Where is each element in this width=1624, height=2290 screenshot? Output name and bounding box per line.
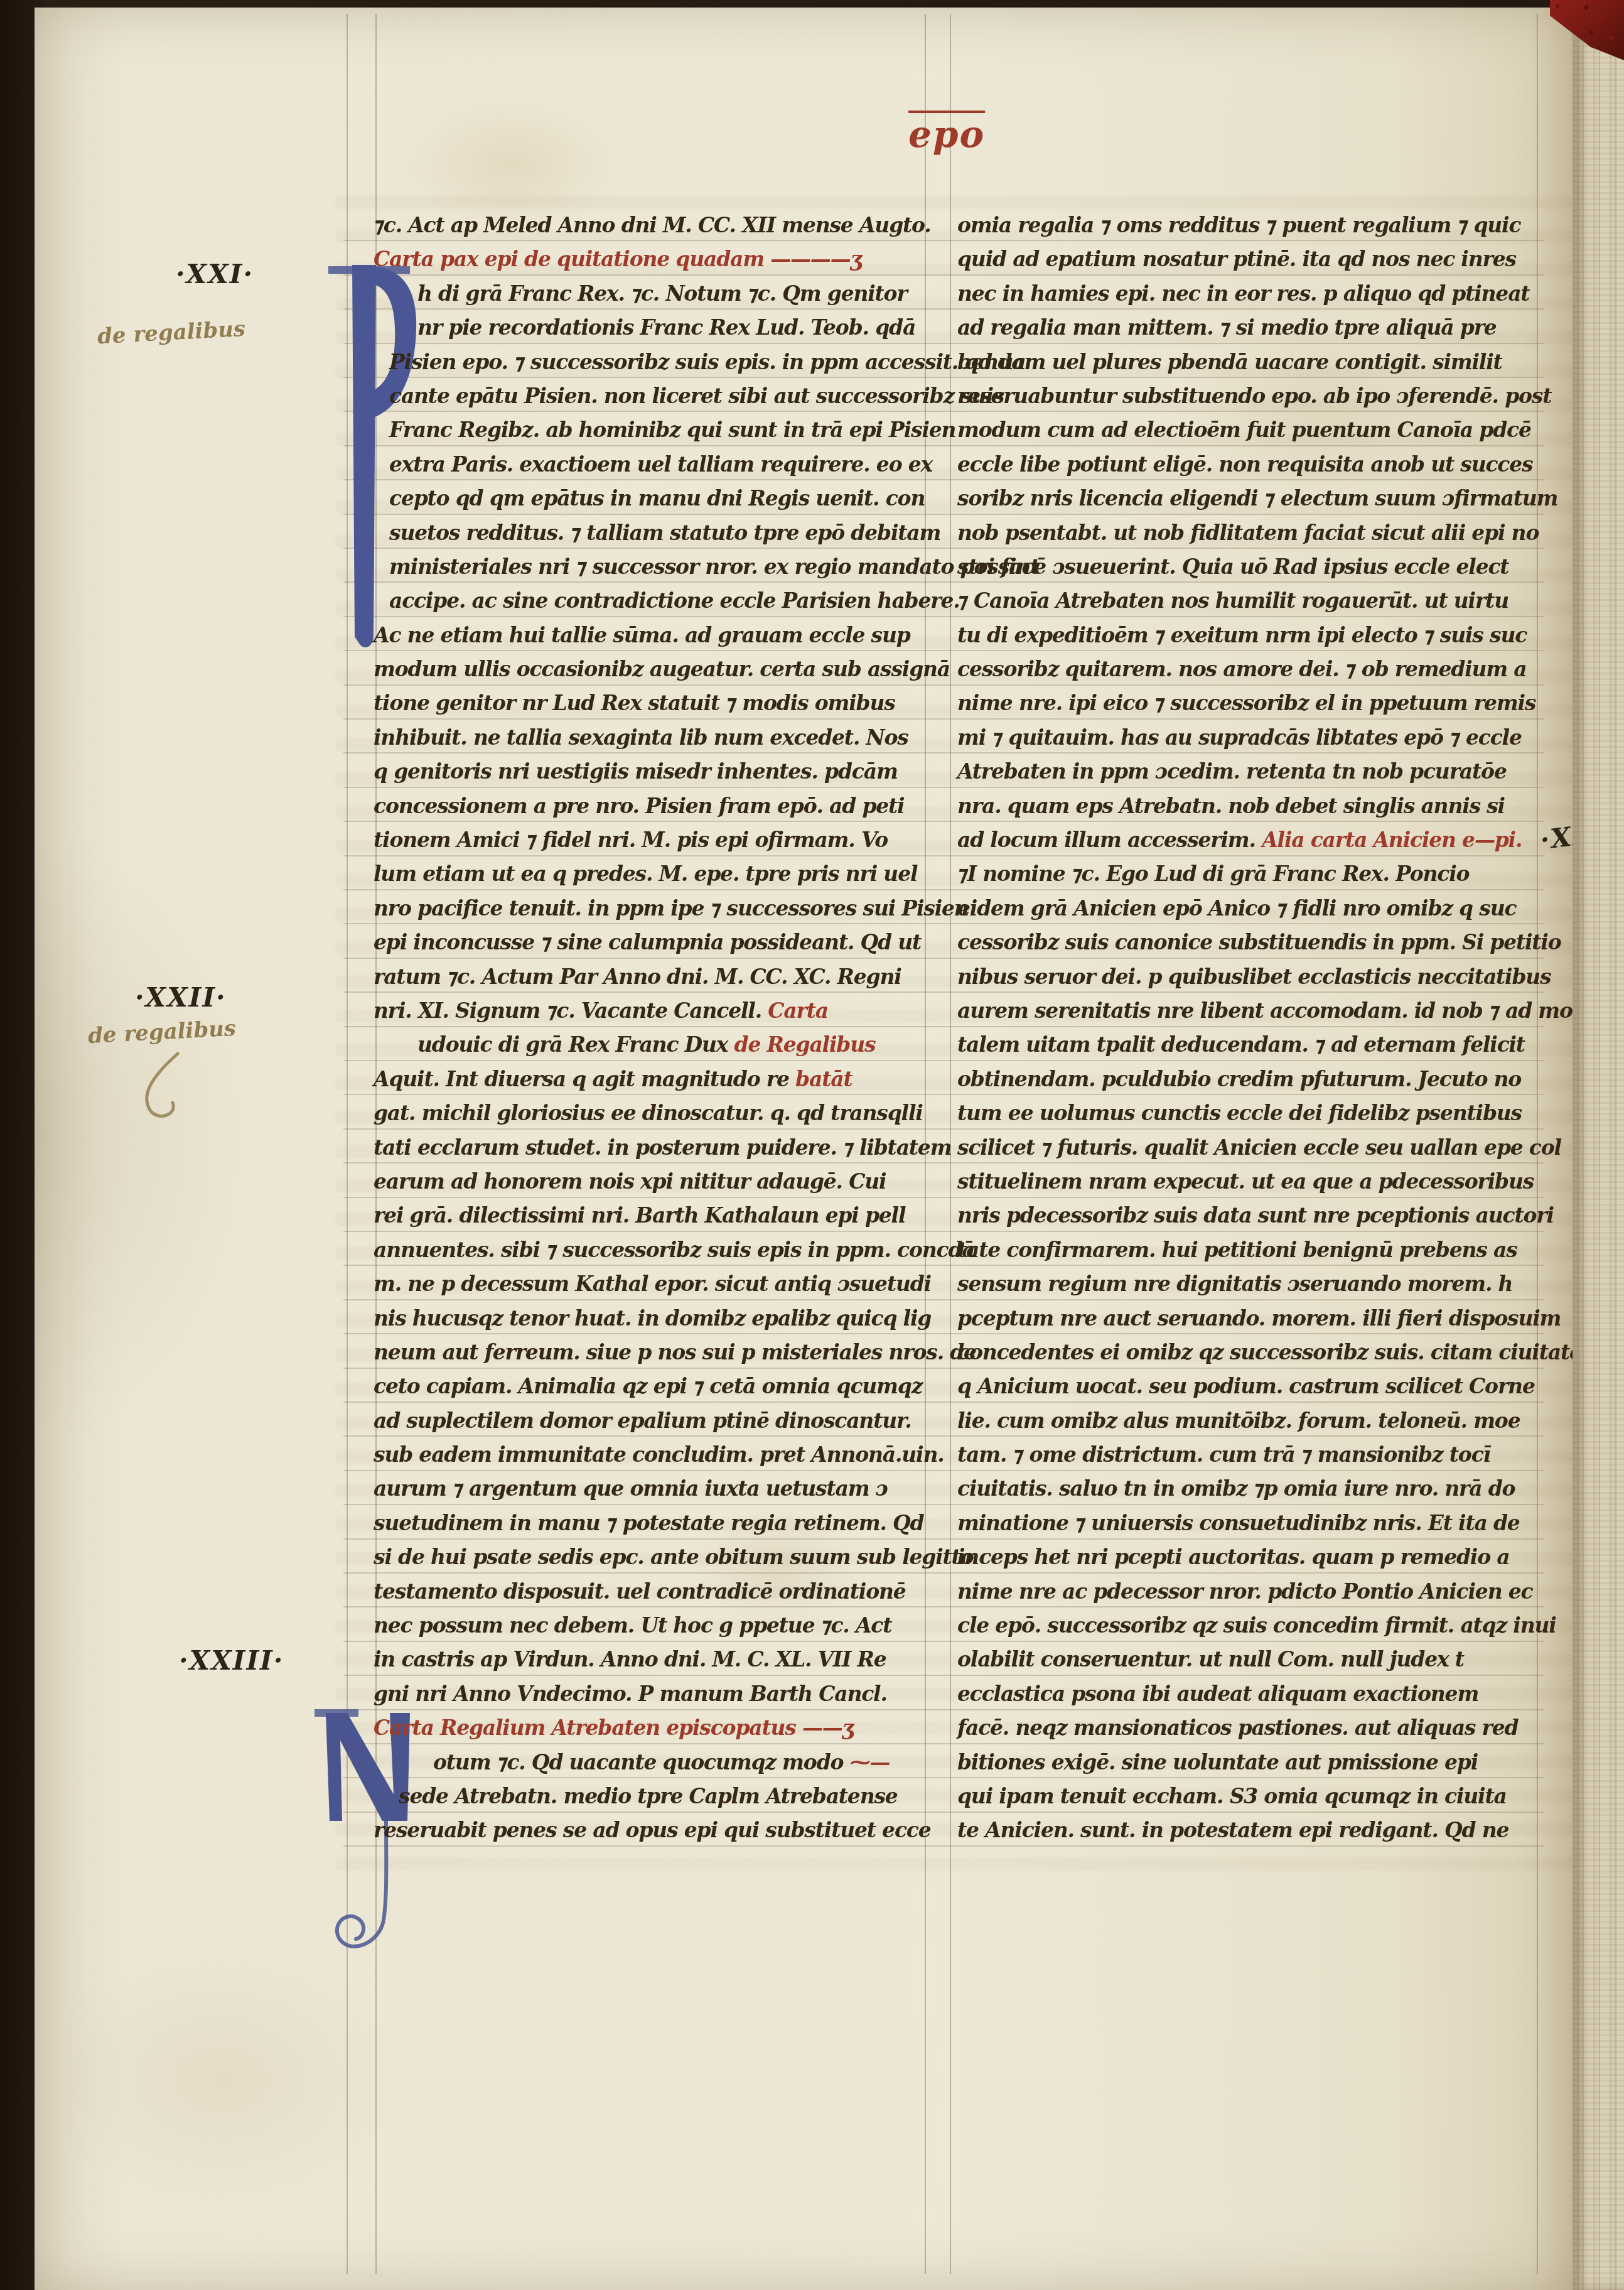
- text-line: gat. michil gloriosius ee dinoscatur. q.…: [374, 1096, 948, 1130]
- margin-number-xxi: ·XXI·: [176, 259, 254, 289]
- rubric-text: Alia carta Anicien e—pi.: [1262, 828, 1522, 852]
- text-line: sede Atrebatn. medio tpre Caplm Atrebate…: [374, 1780, 948, 1813]
- rubric-text: ⁓—: [850, 1750, 890, 1774]
- text-line: ad suplectilem domor epalium ptinē dinos…: [374, 1404, 948, 1438]
- rubric-text: Carta Regalium Atrebaten episcopatus ——ʒ: [374, 1715, 853, 1740]
- text-line: tum ee uolumus cunctis eccle dei fidelib…: [957, 1096, 1544, 1130]
- text-line: ecclastica psona ibi audeat aliquam exac…: [957, 1677, 1544, 1711]
- text-line: accipe. ac sine contradictione eccle Par…: [374, 584, 948, 618]
- text-line: testamento disposuit. uel contradicē ord…: [374, 1575, 948, 1609]
- text-line: lie. cum omibz alus munitōibz. forum. te…: [957, 1404, 1544, 1438]
- text-line: nime nre. ipi eico ⁊ successoribz el in …: [957, 686, 1544, 720]
- text-line: aurem serenitatis nre libent accomodam. …: [957, 994, 1544, 1028]
- text-line: si de hui psate sedis epc. ante obitum s…: [374, 1540, 948, 1574]
- text-line: Ac ne etiam hui tallie sūma. ad grauam e…: [374, 618, 948, 652]
- text-line: aurum ⁊ argentum que omnia iuxta uetusta…: [374, 1472, 948, 1506]
- text-line: nob psentabt. ut nob fidlitatem faciat s…: [957, 516, 1544, 550]
- text-line: bendam uel plures pbendā uacare contigit…: [957, 345, 1544, 379]
- text-line: omia regalia ⁊ oms redditus ⁊ puent rega…: [957, 208, 1544, 242]
- text-line: Carta Regalium Atrebaten episcopatus ——ʒ: [374, 1711, 948, 1745]
- text-line: nr pie recordationis Franc Rex Lud. Teob…: [374, 311, 948, 345]
- text-line: mi ⁊ quitauim. has au supradcās libtates…: [957, 721, 1544, 755]
- text-line: nec possum nec debem. Ut hoc g ppetue ⁊c…: [374, 1609, 948, 1643]
- text-line: cessoribz suis canonice substituendis in…: [957, 926, 1544, 959]
- text-line: soribz nris licencia eligendi ⁊ electum …: [957, 482, 1544, 516]
- text-line: tati ecclarum studet. in posterum puider…: [374, 1131, 948, 1165]
- book-fore-edge: [1573, 0, 1624, 2290]
- text-column-right: omia regalia ⁊ oms redditus ⁊ puent rega…: [957, 208, 1544, 1848]
- margin-number-xxii: ·XXII·: [135, 982, 227, 1013]
- text-line: nra. quam eps Atrebatn. nob debet singli…: [957, 789, 1544, 823]
- text-line: pceptum nre auct seruando. morem. illi f…: [957, 1302, 1544, 1336]
- text-line: lum etiam ut ea q predes. M. epe. tpre p…: [374, 857, 948, 891]
- text-line: earum ad honorem nois xpi nititur adaugē…: [374, 1165, 948, 1199]
- margin-note-flourish: [129, 1050, 204, 1125]
- text-line: obtinendam. pculdubio credim pfuturum. J…: [957, 1062, 1544, 1096]
- text-line: minatione ⁊ uniuersis consuetudinibz nri…: [957, 1506, 1544, 1540]
- text-line: quid ad epatium nosatur ptinē. ita qd no…: [957, 242, 1544, 276]
- text-line: qui ipam tenuit eccham. S3 omia qcumqz i…: [957, 1780, 1544, 1813]
- text-line: Aquit. Int diuersa q agit magnitudo re b…: [374, 1062, 948, 1096]
- text-line: cessoribz quitarem. nos amore dei. ⁊ ob …: [957, 652, 1544, 686]
- text-line: tione genitor nr Lud Rex statuit ⁊ modis…: [374, 686, 948, 720]
- rubric-text: Carta pax epi de quitatione quadam ————ʒ: [374, 247, 861, 271]
- text-line: talem uitam tpalit deducendam. ⁊ ad eter…: [957, 1028, 1544, 1062]
- rubric-text: de Regalibus: [734, 1032, 876, 1057]
- text-line: cepto qd qm epātus in manu dni Regis uen…: [374, 482, 948, 516]
- text-line: rei grā. dilectissimi nri. Barth Kathala…: [374, 1199, 948, 1233]
- text-line: Atrebaten in ppm ɔcedim. retenta tn nob …: [957, 755, 1544, 789]
- margin-number-xxiii: ·XXIII·: [179, 1645, 284, 1676]
- text-line: sub eadem immunitate concludim. pret Ann…: [374, 1438, 948, 1472]
- text-line: bitiones exigē. sine uoluntate aut pmiss…: [957, 1746, 1544, 1780]
- text-line: nec in hamies epi. nec in eor res. p ali…: [957, 277, 1544, 311]
- text-line: reseruabuntur substituendo epo. ab ipo ɔ…: [957, 379, 1544, 413]
- text-line: tam. ⁊ ome districtum. cum trā ⁊ mansion…: [957, 1438, 1544, 1472]
- manuscript-photo: epo ·XXI· de regalibus ·XXII· de regalib…: [0, 0, 1624, 2290]
- text-line: ⁊c. Act ap Meled Anno dni M. CC. XII men…: [374, 208, 948, 242]
- text-line: annuentes. sibi ⁊ successoribz suis epis…: [374, 1233, 948, 1267]
- running-title: epo: [908, 113, 985, 156]
- text-line: ad regalia man mittem. ⁊ si medio tpre a…: [957, 311, 1544, 345]
- text-line: q genitoris nri uestigiis misedr inhente…: [374, 755, 948, 789]
- text-line: epi inconcusse ⁊ sine calumpnia possidea…: [374, 926, 948, 959]
- text-line: Carta pax epi de quitatione quadam ————ʒ: [374, 242, 948, 276]
- text-line: extra Paris. exactioem uel talliam requi…: [374, 448, 948, 482]
- text-line: inhibuit. ne tallia sexaginta lib num ex…: [374, 721, 948, 755]
- text-line: Pisien epo. ⁊ successoribz suis epis. in…: [374, 345, 948, 379]
- parchment-page: epo ·XXI· de regalibus ·XXII· de regalib…: [35, 8, 1574, 2290]
- text-line: ciuitatis. saluo tn in omibz ⁊p omia iur…: [957, 1472, 1544, 1506]
- text-line: stri facē ɔsueuerint. Quia uō Rad ipsius…: [957, 550, 1544, 584]
- text-line: olabilit conseruentur. ut null Com. null…: [957, 1643, 1544, 1677]
- text-line: suetos redditus. ⁊ talliam statuto tpre …: [374, 516, 948, 550]
- text-line: ⁊I nomine ⁊c. Ego Lud di grā Franc Rex. …: [957, 857, 1544, 891]
- text-line: concessionem a pre nro. Pisien fram epō.…: [374, 789, 948, 823]
- text-line: q Anicium uocat. seu podium. castrum sci…: [957, 1369, 1544, 1403]
- margin-note-de-regalibus-2: de regalibus: [87, 1016, 237, 1049]
- text-line: neum aut ferreum. siue p nos sui p miste…: [374, 1336, 948, 1369]
- text-line: nri. XI. Signum ⁊c. Vacante Cancell. Car…: [374, 994, 948, 1028]
- text-line: eccle libe potiunt eligē. non requisita …: [957, 448, 1544, 482]
- text-line: in castris ap Virdun. Anno dni. M. C. XL…: [374, 1643, 948, 1677]
- text-line: scilicet ⁊ futuris. qualit Anicien eccle…: [957, 1131, 1544, 1165]
- text-line: tu di expeditioēm ⁊ exeitum nrm ipi elec…: [957, 618, 1544, 652]
- text-line: cante epātu Pisien. non liceret sibi aut…: [374, 379, 948, 413]
- text-line: cle epō. successoribz qz suis concedim f…: [957, 1609, 1544, 1643]
- text-line: modum cum ad electioēm fuit puentum Cano…: [957, 413, 1544, 447]
- text-line: gni nri Anno Vndecimo. P manum Barth Can…: [374, 1677, 948, 1711]
- text-line: Franc Regibz. ab hominibz qui sunt in tr…: [374, 413, 948, 447]
- text-line: eidem grā Anicien epō Anico ⁊ fidli nro …: [957, 892, 1544, 926]
- text-line: ad locum illum accesserim. Alia carta An…: [957, 823, 1544, 857]
- text-line: te Anicien. sunt. in potestatem epi redi…: [957, 1813, 1544, 1847]
- text-line: concedentes ei omibz qz successoribz sui…: [957, 1336, 1544, 1369]
- text-line: inceps het nri pcepti auctoritas. quam p…: [957, 1540, 1544, 1574]
- text-line: ministeriales nri ⁊ successor nror. ex r…: [374, 550, 948, 584]
- text-line: nro pacifice tenuit. in ppm ipe ⁊ succes…: [374, 892, 948, 926]
- text-line: modum ullis occasionibz augeatur. certa …: [374, 652, 948, 686]
- text-line: sensum regium nre dignitatis ɔseruando m…: [957, 1267, 1544, 1301]
- text-line: otum ⁊c. Qd uacante quocumqz modo ⁓—: [374, 1746, 948, 1780]
- text-line: reseruabit penes se ad opus epi qui subs…: [374, 1813, 948, 1847]
- margin-note-de-regalibus-1: de regalibus: [97, 316, 246, 349]
- text-column-left: ⁊c. Act ap Meled Anno dni M. CC. XII men…: [374, 208, 948, 1848]
- text-line: nime nre ac pdecessor nror. pdicto Ponti…: [957, 1575, 1544, 1609]
- text-line: ceto capiam. Animalia qz epi ⁊ cetā omni…: [374, 1369, 948, 1403]
- text-line: nibus seruor dei. p quibuslibet ecclasti…: [957, 960, 1544, 994]
- rubric-text: batāt: [795, 1067, 852, 1091]
- text-line: h di grā Franc Rex. ⁊c. Notum ⁊c. Qm gen…: [374, 277, 948, 311]
- text-line: udouic di grā Rex Franc Dux de Regalibus: [374, 1028, 948, 1062]
- text-line: ⁊ Canoīa Atrebaten nos humilit rogauerūt…: [957, 584, 1544, 618]
- text-line: stituelinem nram expecut. ut ea que a pd…: [957, 1165, 1544, 1199]
- text-line: suetudinem in manu ⁊ potestate regia ret…: [374, 1506, 948, 1540]
- text-line: nris pdecessoribz suis data sunt nre pce…: [957, 1199, 1544, 1233]
- text-line: nis hucusqz tenor huat. in domibz epalib…: [374, 1302, 948, 1336]
- text-line: tionem Amici ⁊ fidel nri. M. pis epi ofi…: [374, 823, 948, 857]
- text-line: m. ne p decessum Kathal epor. sicut anti…: [374, 1267, 948, 1301]
- text-line: ratum ⁊c. Actum Par Anno dni. M. CC. XC.…: [374, 960, 948, 994]
- text-line: tate confirmarem. hui petitioni benignū …: [957, 1233, 1544, 1267]
- text-line: facē. neqz mansionaticos pastiones. aut …: [957, 1711, 1544, 1745]
- rubric-text: Carta: [768, 998, 828, 1023]
